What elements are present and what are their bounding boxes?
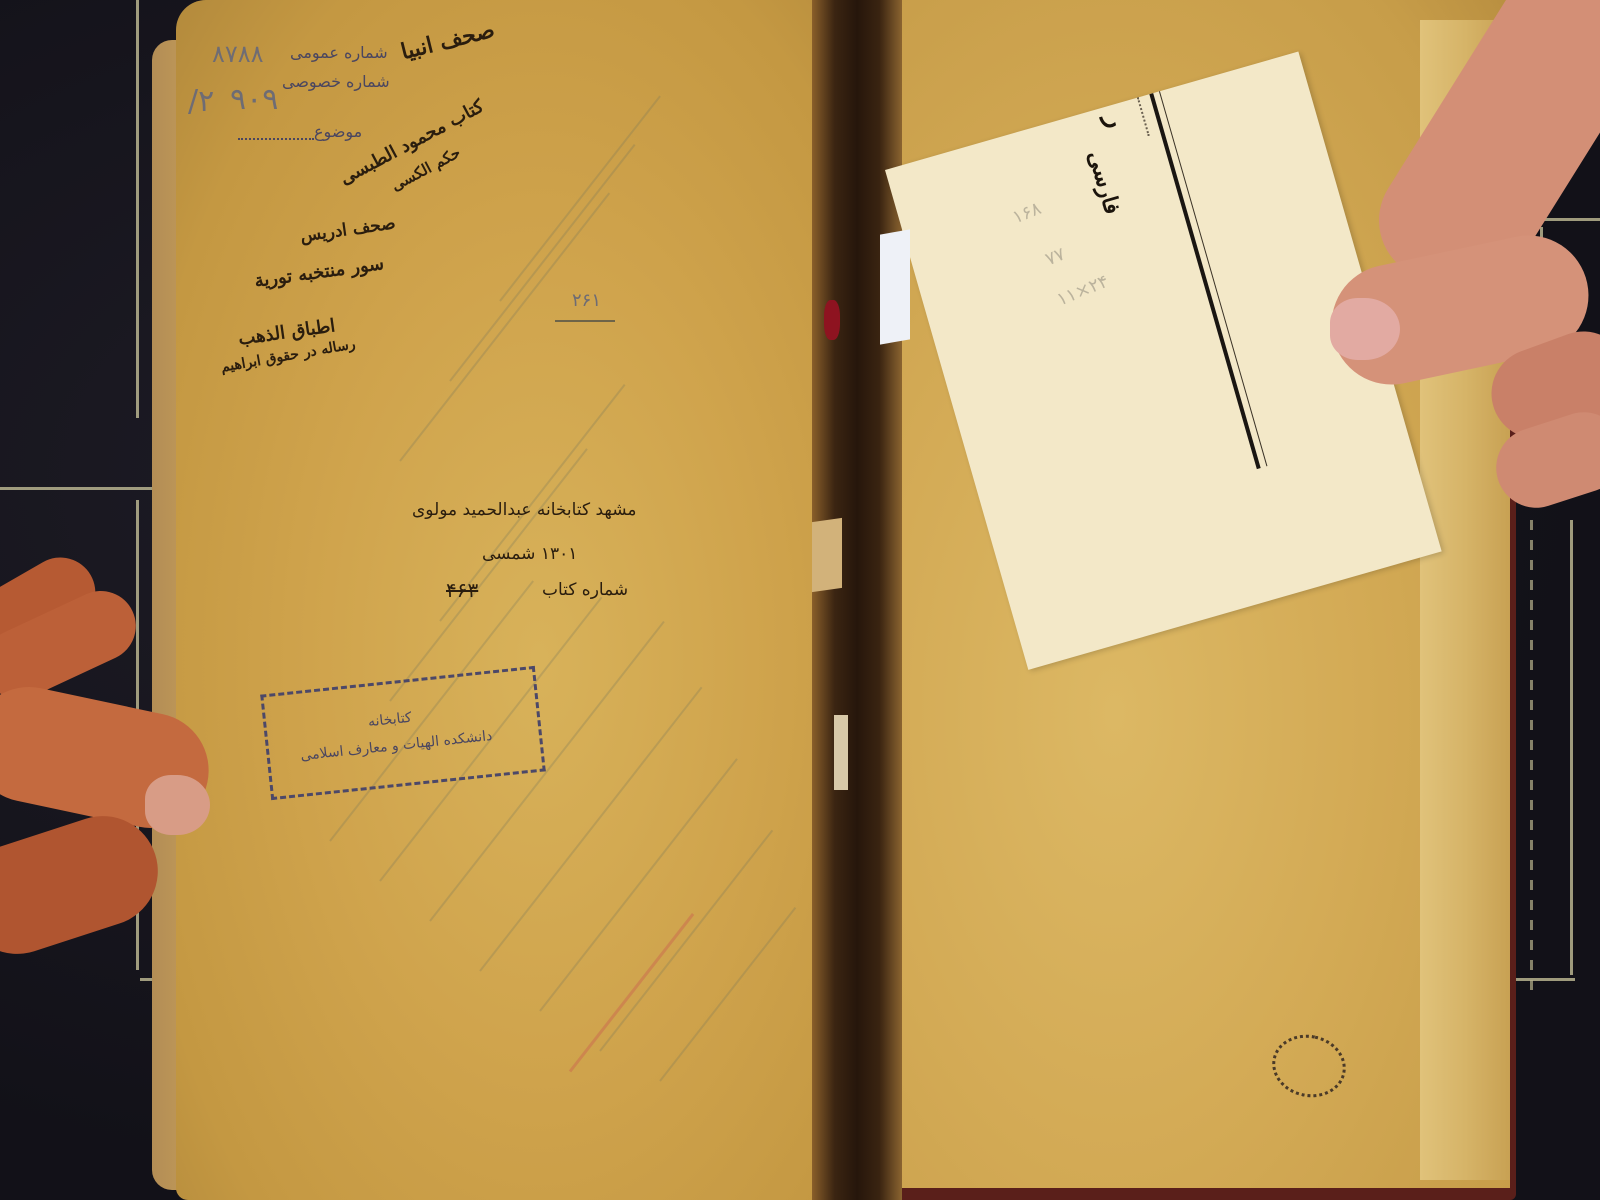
slip-pencil-note: ۱۱×۲۴	[1054, 271, 1112, 311]
book-number-value: ۴۶۳	[446, 578, 478, 602]
thumbnail	[145, 775, 210, 835]
slip-heading: ر	[1099, 111, 1131, 131]
paper-scrap	[834, 715, 848, 790]
cover-gold-line	[0, 487, 165, 490]
subject-dotted-line	[238, 138, 314, 140]
special-number-label: شماره خصوصی	[282, 72, 390, 91]
manuscript-photo: صحف انبیا شماره عمومی ۸۷۸۸ شماره خصوصی ۹…	[0, 0, 1600, 1200]
pencil-annotation: ۲/	[188, 84, 214, 119]
special-number-value: ۹۰۹	[230, 82, 278, 117]
cover-gold-line	[136, 0, 139, 418]
binding-thread	[824, 300, 840, 340]
general-number-label: شماره عمومی	[290, 43, 388, 62]
library-name: مشهد کتابخانه عبدالحمید مولوی	[412, 500, 637, 520]
slip-folded-corner	[880, 229, 910, 344]
cover-gold-line	[1515, 978, 1575, 981]
subject-label: موضوع	[314, 122, 362, 141]
pencil-number: ۲۶۱	[572, 290, 601, 311]
left-page	[176, 0, 836, 1200]
cover-gold-dash	[1530, 520, 1533, 990]
paper-scrap	[812, 518, 842, 592]
slip-pencil-note: ۷۷	[1042, 244, 1068, 271]
slip-dotted-rule	[1137, 97, 1151, 136]
library-year: ۱۳۰۱ شمسی	[482, 544, 577, 564]
book-number-label: شماره کتاب	[542, 580, 628, 600]
thumbnail	[1330, 298, 1400, 360]
slip-subheading: فارسی	[1083, 148, 1126, 217]
pencil-underline	[555, 320, 615, 322]
general-number-value: ۸۷۸۸	[212, 40, 264, 68]
slip-rule	[1149, 93, 1260, 469]
slip-pencil-note: ۱۶۸	[1009, 198, 1044, 228]
slip-rule-thin	[1159, 91, 1267, 466]
cover-gold-line	[1570, 520, 1573, 975]
